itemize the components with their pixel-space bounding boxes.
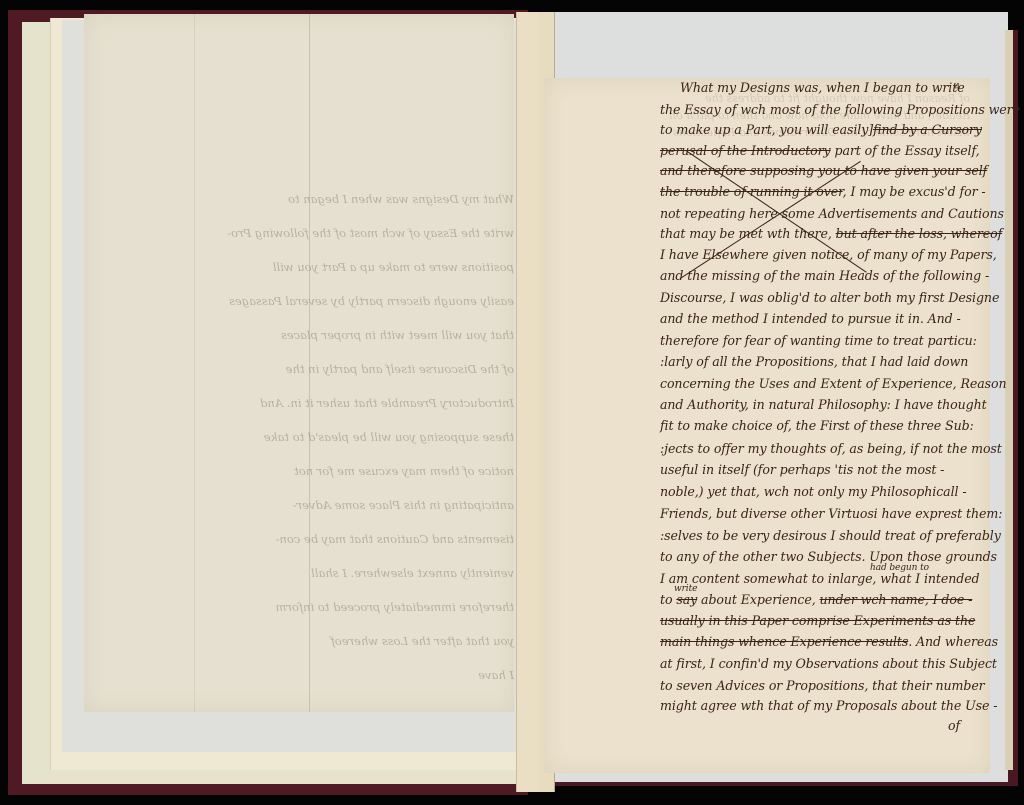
bleed-line: positions were to make up a Part you wil… — [84, 260, 532, 274]
page-edges — [1005, 30, 1013, 770]
bleed-line: of the Discourse itself and partly in th… — [84, 362, 532, 376]
manuscript-line: main things whence Experience results. A… — [660, 636, 986, 649]
manuscript-line: that may be met wth there, but after the… — [660, 228, 986, 241]
manuscript-line: and the method I intended to pursue it i… — [660, 313, 986, 326]
manuscript-line: useful in itself (for perhaps 'tis not t… — [660, 464, 986, 477]
text-span: concerning the Uses and Extent of Experi… — [660, 376, 1006, 391]
text-span: the Essay of wch most of the following P… — [660, 102, 1020, 117]
manuscript-line: Discourse, I was oblig'd to alter both m… — [660, 292, 986, 305]
text-span: Discourse, I was oblig'd to alter both m… — [660, 290, 999, 305]
struck-text: find by a Cursory — [873, 122, 982, 137]
bleed-line: notice of them may excuse me for not — [84, 464, 532, 478]
manuscript-line: might agree wth that of my Proposals abo… — [660, 700, 986, 713]
text-span: to make up a Part, you will easily] — [660, 122, 873, 137]
manuscript-line: I am content somewhat to inlarge, what I… — [660, 573, 986, 586]
manuscript-line: Friends, but diverse other Virtuosi have… — [660, 508, 986, 521]
manuscript-line: at first, I confin'd my Observations abo… — [660, 658, 986, 671]
text-span: at first, I confin'd my Observations abo… — [660, 656, 997, 671]
manuscript-line: fit to make choice of, the First of thes… — [660, 420, 986, 433]
text-span: to — [660, 592, 676, 607]
manuscript-line: not repeating here some Advertisements a… — [660, 208, 986, 221]
bleed-line: anticipating in this Place some Adver- — [84, 498, 532, 512]
text-span: :jects to offer my thoughts of, as being… — [660, 441, 1002, 456]
bleed-line: veniently annext elsewhere. I shall — [84, 566, 532, 580]
text-span: about Experience, — [697, 592, 819, 607]
bleed-line: tisements and Cautions that may be con- — [84, 532, 532, 546]
bleed-line: you that after the Loss whereof — [84, 634, 532, 648]
text-span: and the missing of the main Heads of the… — [660, 268, 989, 283]
struck-text: main things whence Experience results — [660, 634, 908, 649]
manuscript-line: of — [948, 720, 1024, 733]
manuscript-page-right: 4 of Reason I have now thought fit to ad… — [544, 78, 990, 773]
bleed-line: Introductory Preamble that usher it in. … — [84, 396, 532, 410]
manuscript-line: therefore for fear of wanting time to tr… — [660, 335, 986, 348]
bleed-line: that you will meet with in proper places — [84, 328, 532, 342]
interlinear-insertion: had begun to — [870, 564, 929, 573]
manuscript-line: :jects to offer my thoughts of, as being… — [660, 443, 986, 456]
struck-text: under wch name, I doe - — [820, 592, 973, 607]
text-span: to seven Advices or Propositions, that t… — [660, 678, 985, 693]
struck-text: say — [676, 592, 697, 607]
text-span: therefore for fear of wanting time to tr… — [660, 333, 977, 348]
manuscript-line: to make up a Part, you will easily]find … — [660, 124, 986, 137]
manuscript-line: and the missing of the main Heads of the… — [660, 270, 986, 283]
manuscript-line: and Authority, in natural Philosophy: I … — [660, 399, 986, 412]
manuscript-line: usually in this Paper comprise Experimen… — [660, 615, 986, 628]
text-span: to any of the other two Subjects. Upon t… — [660, 549, 997, 564]
bleed-line: write the Essay of wch most of the follo… — [84, 226, 532, 240]
text-span: useful in itself (for perhaps 'tis not t… — [660, 462, 944, 477]
text-span: :larly of all the Propositions, that I h… — [660, 354, 968, 369]
text-span: :selves to be very desirous I should tre… — [660, 528, 1001, 543]
manuscript-line: :larly of all the Propositions, that I h… — [660, 356, 986, 369]
struck-text: but after the loss, whereof — [836, 226, 1002, 241]
manuscript-page-left: What my Designs was when I began towrite… — [84, 14, 514, 712]
interlinear-insertion: write — [674, 585, 697, 594]
manuscript-line: perusal of the Introductory part of the … — [660, 145, 986, 158]
bleed-line: therefore immediately proceed to inform — [84, 600, 532, 614]
manuscript-line: to any of the other two Subjects. Upon t… — [660, 551, 986, 564]
text-span: . And whereas — [908, 634, 998, 649]
manuscript-line: the trouble of running it over, I may be… — [660, 186, 986, 199]
manuscript-line: noble,) yet that, wch not only my Philos… — [660, 486, 986, 499]
manuscript-line: to say about Experience, under wch name,… — [660, 594, 986, 607]
text-span: noble,) yet that, wch not only my Philos… — [660, 484, 966, 499]
bleed-line: What my Designs was when I began to — [84, 192, 532, 206]
manuscript-line: What my Designs was, when I began to wri… — [680, 82, 1006, 95]
text-span: not repeating here some Advertisements a… — [660, 206, 1004, 221]
manuscript-line: the Essay of wch most of the following P… — [660, 104, 986, 117]
text-span: Friends, but diverse other Virtuosi have… — [660, 506, 1002, 521]
manuscript-line: concerning the Uses and Extent of Experi… — [660, 378, 986, 391]
text-span: , I may be excus'd for - — [843, 184, 986, 199]
manuscript-line: to seven Advices or Propositions, that t… — [660, 680, 986, 693]
text-span: and Authority, in natural Philosophy: I … — [660, 397, 987, 412]
text-span: I am content somewhat to inlarge, what I… — [660, 571, 980, 586]
gutter-stub — [516, 12, 540, 792]
bleed-line: these supposing you will be pleas'd to t… — [84, 430, 532, 444]
text-span: of — [948, 718, 960, 733]
bleed-line: easily enough discern partly by several … — [84, 294, 532, 308]
struck-text: usually in this Paper comprise Experimen… — [660, 613, 975, 628]
struck-text: the trouble of running it over — [660, 184, 843, 199]
text-span: and the method I intended to pursue it i… — [660, 311, 961, 326]
text-span: fit to make choice of, the First of thes… — [660, 418, 974, 433]
text-span: part of the Essay itself, — [831, 143, 980, 158]
text-span: What my Designs was, when I began to wri… — [680, 80, 965, 95]
manuscript-line: :selves to be very desirous I should tre… — [660, 530, 986, 543]
text-span: I have Elsewhere given notice, of many o… — [660, 247, 997, 262]
text-span: might agree wth that of my Proposals abo… — [660, 698, 997, 713]
